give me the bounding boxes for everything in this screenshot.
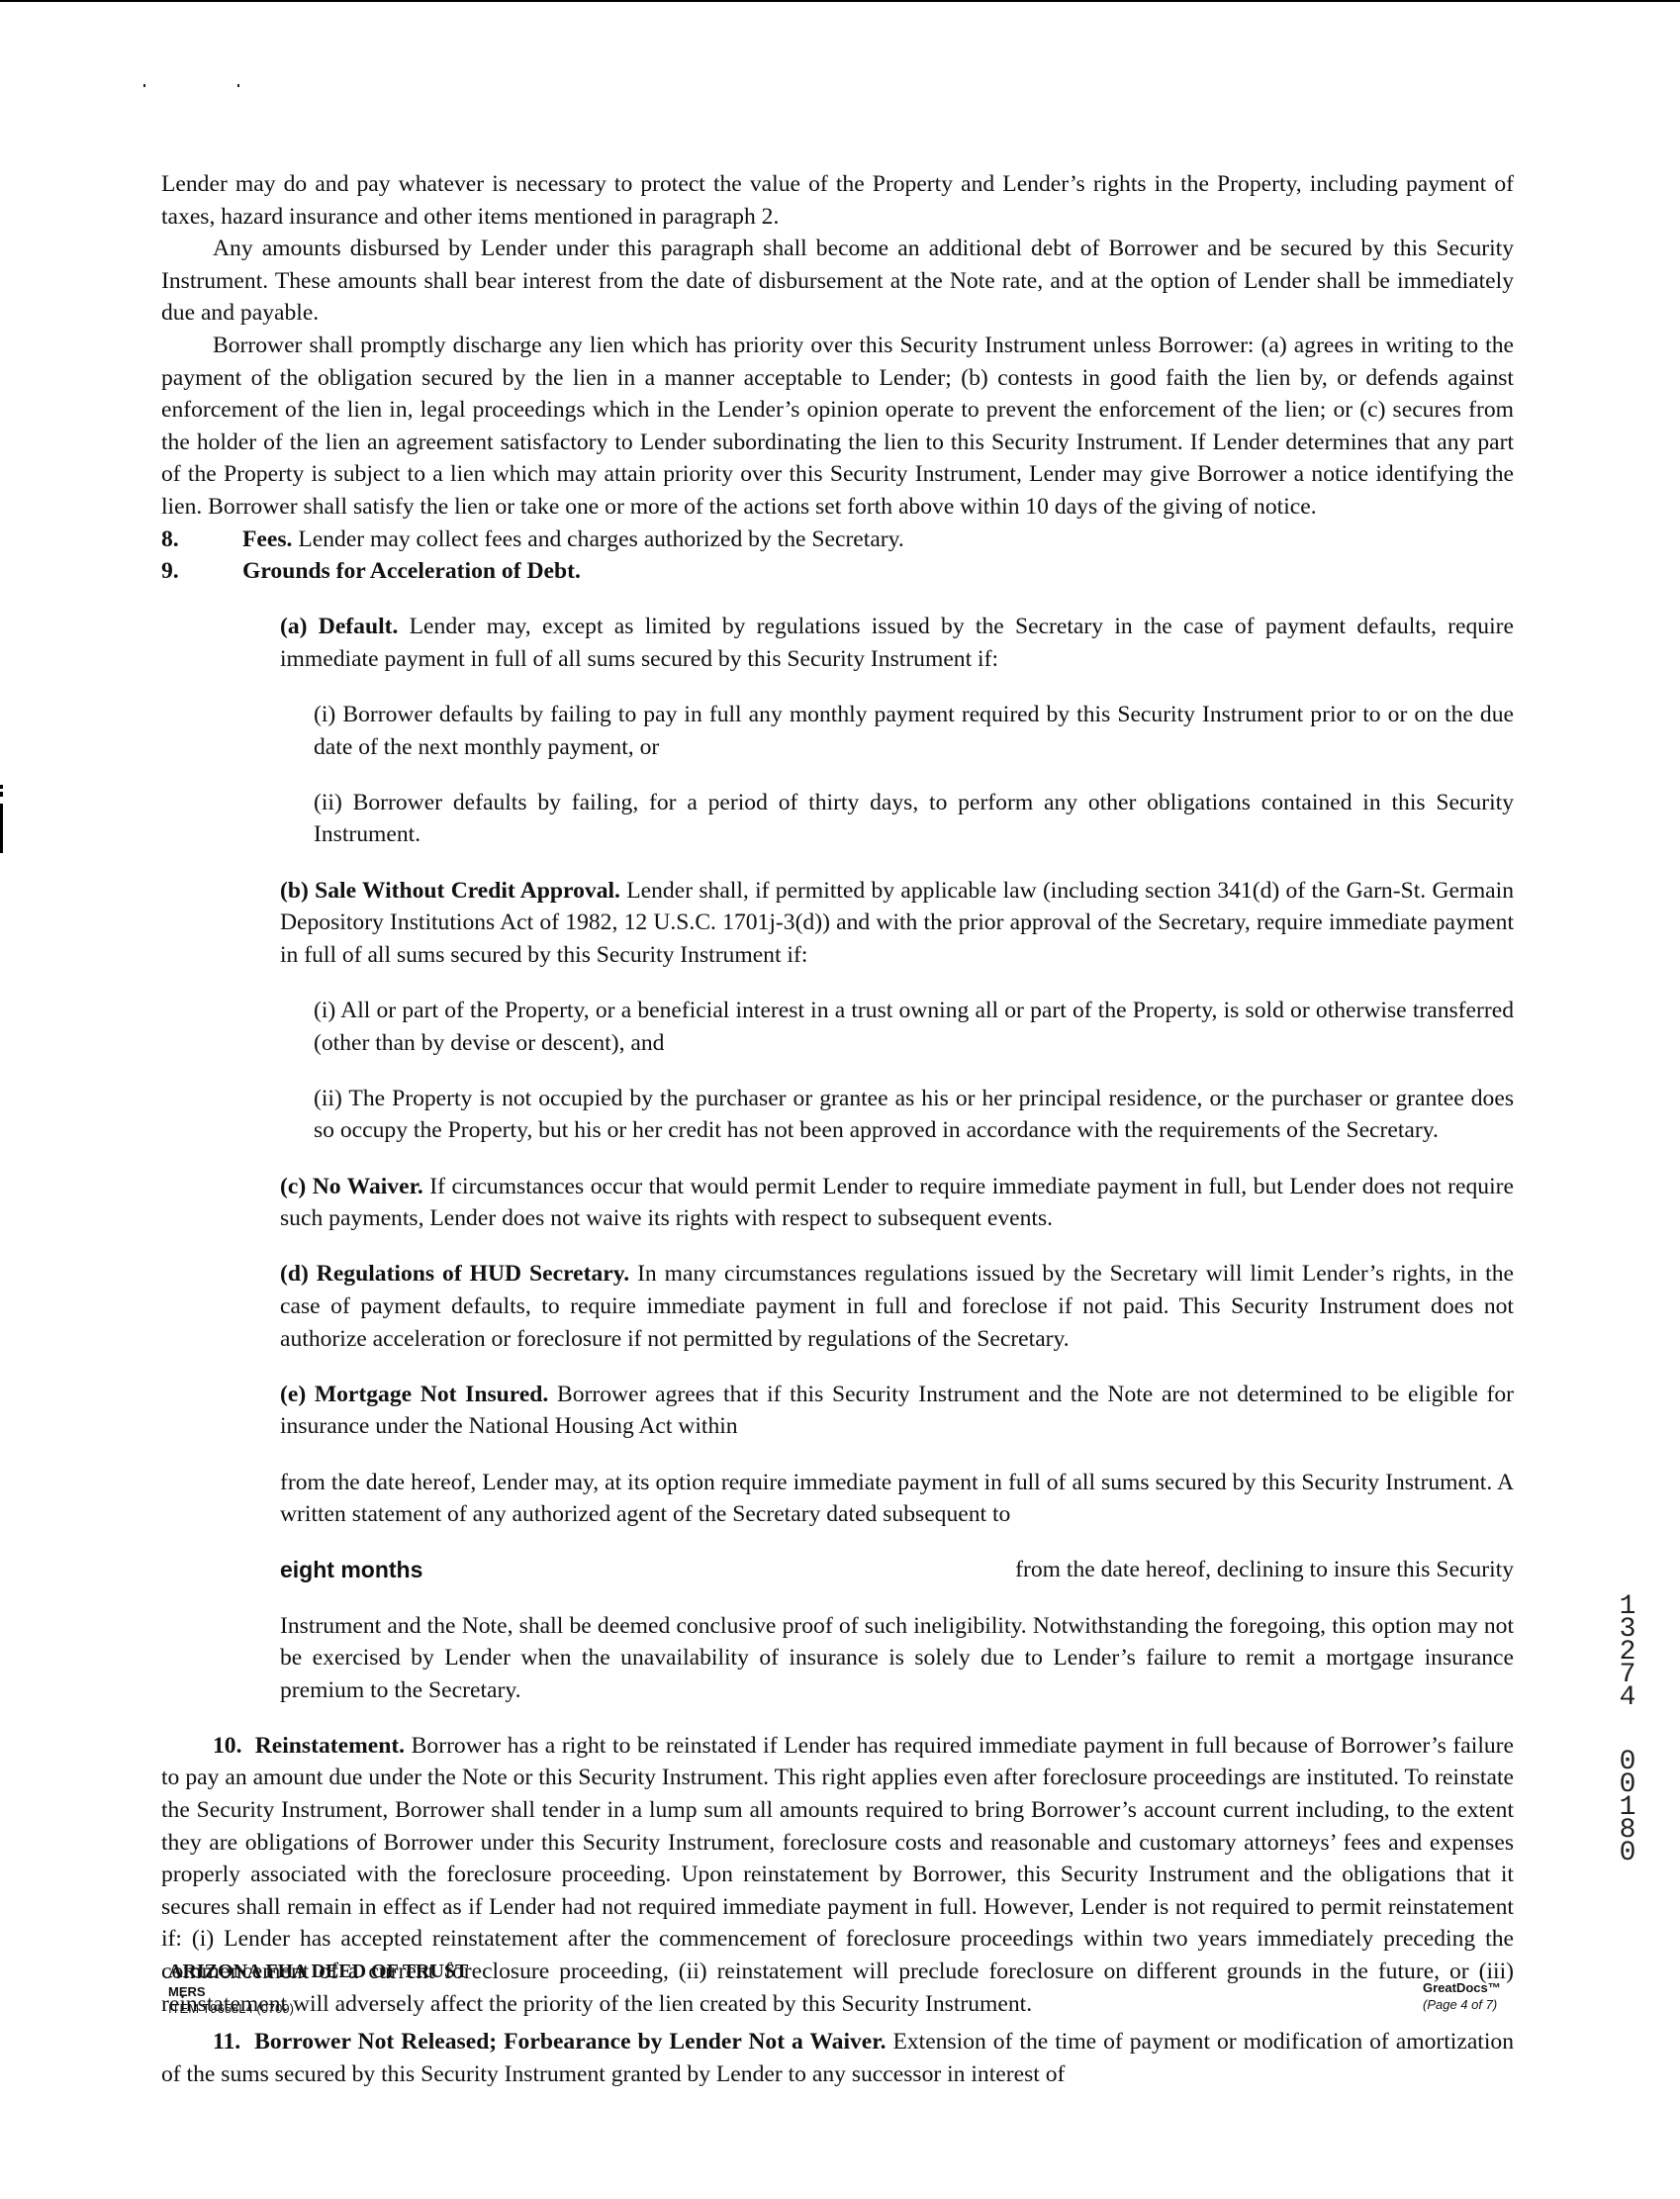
- section-heading: Fees.: [242, 526, 292, 552]
- scan-edge-artifact: [0, 804, 3, 853]
- clause-label: (e) Mortgage Not Insured.: [280, 1382, 548, 1407]
- scan-edge-artifact: [0, 792, 3, 797]
- section-text: Lender may collect fees and charges auth…: [292, 526, 903, 552]
- document-body: Lender may do and pay whatever is necess…: [161, 168, 1514, 2090]
- stamp-digit: 4: [1616, 1686, 1639, 1709]
- form-subtitle: MERS: [168, 1983, 468, 2000]
- clause-9c-no-waiver: (c) No Waiver. If circumstances occur th…: [280, 1171, 1514, 1235]
- clause-9e-continued: from the date hereof, Lender may, at its…: [280, 1467, 1514, 1531]
- clause-label: (d) Regulations of HUD Secretary.: [280, 1261, 629, 1287]
- clause-label: (a) Default.: [280, 614, 398, 639]
- brand-label: GreatDocs™: [1423, 1979, 1501, 1996]
- clause-9e-fill-in-row: eight months from the date hereof, decli…: [280, 1554, 1514, 1586]
- clause-9e-mortgage-not-insured: (e) Mortgage Not Insured. Borrower agree…: [280, 1379, 1514, 1443]
- section-number: 10.: [213, 1733, 242, 1759]
- paragraph-discharge-lien: Borrower shall promptly discharge any li…: [161, 330, 1514, 524]
- scan-top-border: [0, 0, 1680, 2]
- section-11-borrower-not-released: 11. Borrower Not Released; Forbearance b…: [161, 2026, 1514, 2090]
- page-indicator: (Page 4 of 7): [1423, 1996, 1501, 2013]
- scan-speck: [143, 84, 145, 87]
- section-number: 8.: [161, 524, 179, 556]
- paragraph-protect-property: Lender may do and pay whatever is necess…: [161, 168, 1514, 233]
- section-8-fees: 8. Fees. Lender may collect fees and cha…: [161, 524, 1514, 556]
- clause-9a-default: (a) Default. Lender may, except as limit…: [280, 611, 1514, 675]
- recording-stamp: 1 3 2 7 4 0 0 1 8 0: [1616, 1595, 1639, 1864]
- section-9-acceleration: 9. Grounds for Acceleration of Debt.: [161, 555, 1514, 588]
- clause-label: (c) No Waiver.: [280, 1174, 423, 1199]
- clause-9a-ii: (ii) Borrower defaults by failing, for a…: [314, 787, 1514, 851]
- section-heading: Borrower Not Released; Forbearance by Le…: [254, 2029, 886, 2055]
- paragraph-amounts-disbursed: Any amounts disbursed by Lender under th…: [161, 233, 1514, 330]
- footer-form-info: ARIZONA FHA DEED OF TRUST MERS ITEM T965…: [168, 1960, 468, 2017]
- clause-label: (b) Sale Without Credit Approval.: [280, 878, 620, 904]
- clause-9e-conclusion: Instrument and the Note, shall be deemed…: [280, 1610, 1514, 1707]
- clause-9d-hud-regulations: (d) Regulations of HUD Secretary. In man…: [280, 1258, 1514, 1355]
- section-heading: Grounds for Acceleration of Debt.: [242, 558, 581, 584]
- clause-9b-i: (i) All or part of the Property, or a be…: [314, 995, 1514, 1059]
- clause-9a-i: (i) Borrower defaults by failing to pay …: [314, 699, 1514, 763]
- fill-in-period: eight months: [280, 1554, 422, 1586]
- section-number: 11.: [213, 2029, 240, 2055]
- section-number: 9.: [161, 555, 179, 588]
- scan-speck: [237, 84, 239, 87]
- clause-9b-ii: (ii) The Property is not occupied by the…: [314, 1083, 1514, 1147]
- scan-edge-artifact: [0, 785, 3, 789]
- clause-9b-sale-without-credit-approval: (b) Sale Without Credit Approval. Lender…: [280, 875, 1514, 972]
- form-title: ARIZONA FHA DEED OF TRUST: [168, 1960, 468, 1983]
- stamp-digit: 0: [1616, 1842, 1639, 1864]
- section-heading: Reinstatement.: [255, 1733, 405, 1759]
- clause-text: from the date hereof, declining to insur…: [1015, 1554, 1514, 1586]
- clause-text: If circumstances occur that would permit…: [280, 1174, 1514, 1232]
- form-item-number: ITEM T9658L4 (0709): [168, 2000, 468, 2017]
- stamp-gap: [1616, 1709, 1639, 1751]
- footer-page-info: GreatDocs™ (Page 4 of 7): [1423, 1979, 1501, 2013]
- clause-text: Lender may, except as limited by regulat…: [280, 614, 1514, 672]
